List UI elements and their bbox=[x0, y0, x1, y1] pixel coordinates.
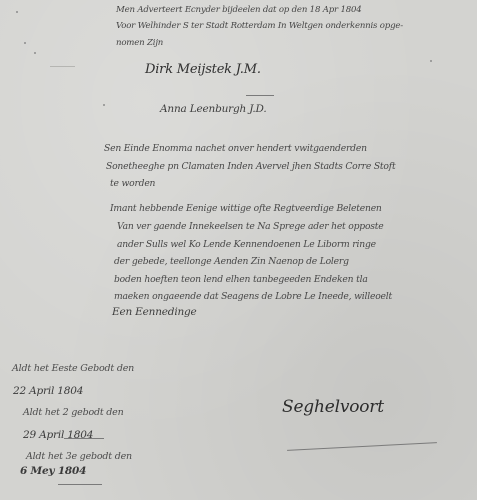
proclamation-date: 29 April 1804 bbox=[23, 429, 93, 441]
body-line: te worden bbox=[110, 178, 155, 189]
body-line: Van ver gaende Innekeelsen te Na Sprege … bbox=[117, 221, 384, 232]
proclamation-date: 6 Mey 1804 bbox=[20, 465, 86, 477]
body-line: maeken ongaeende dat Seagens de Lobre Le… bbox=[114, 291, 392, 302]
header-line: nomen Zijn bbox=[116, 38, 163, 48]
date-underline bbox=[64, 438, 104, 439]
paper-speck bbox=[24, 42, 26, 44]
signature-underline bbox=[287, 442, 437, 451]
manuscript-page: Men Adverteert Ecnyder bijdeelen dat op … bbox=[0, 0, 477, 500]
header-line: Voor Welhinder S ter Stadt Rotterdam In … bbox=[116, 21, 403, 31]
body-line: Imant hebbende Eenige wittige ofte Regtv… bbox=[110, 203, 382, 214]
body-line-closing: Een Eennedinge bbox=[112, 306, 197, 318]
body-line: boden hoeften teon lend elhen tanbegeede… bbox=[114, 274, 368, 285]
proclamation-label: Aldt het 2 gebodt den bbox=[23, 407, 124, 418]
proclamation-label: Aldt het 3e gebodt den bbox=[26, 451, 132, 462]
date-underline bbox=[58, 484, 102, 485]
proclamation-label: Aldt het Eeste Gebodt den bbox=[12, 363, 134, 374]
paper-speck bbox=[103, 104, 105, 106]
groom-name: Dirk Meijstek J.M. bbox=[145, 62, 261, 77]
body-line: Sen Einde Enomma nachet onver hendert vw… bbox=[104, 143, 367, 154]
bride-name: Anna Leenburgh J.D. bbox=[160, 103, 267, 115]
paper-scratch bbox=[50, 66, 75, 67]
body-line: Sonetheeghe pn Clamaten Inden Avervel jh… bbox=[106, 161, 395, 172]
body-line: der gebede, teellonge Aenden Zin Naenop … bbox=[114, 256, 349, 267]
body-line: ander Sulls wel Ko Lende Kennendoenen Le… bbox=[117, 239, 376, 250]
paper-speck bbox=[430, 60, 432, 62]
paper-speck bbox=[34, 52, 36, 54]
paper-speck bbox=[16, 11, 18, 13]
proclamation-date: 22 April 1804 bbox=[13, 385, 83, 397]
connector-flourish bbox=[246, 95, 274, 96]
header-line: Men Adverteert Ecnyder bijdeelen dat op … bbox=[116, 5, 362, 15]
clerk-signature: Seghelvoort bbox=[282, 397, 384, 417]
